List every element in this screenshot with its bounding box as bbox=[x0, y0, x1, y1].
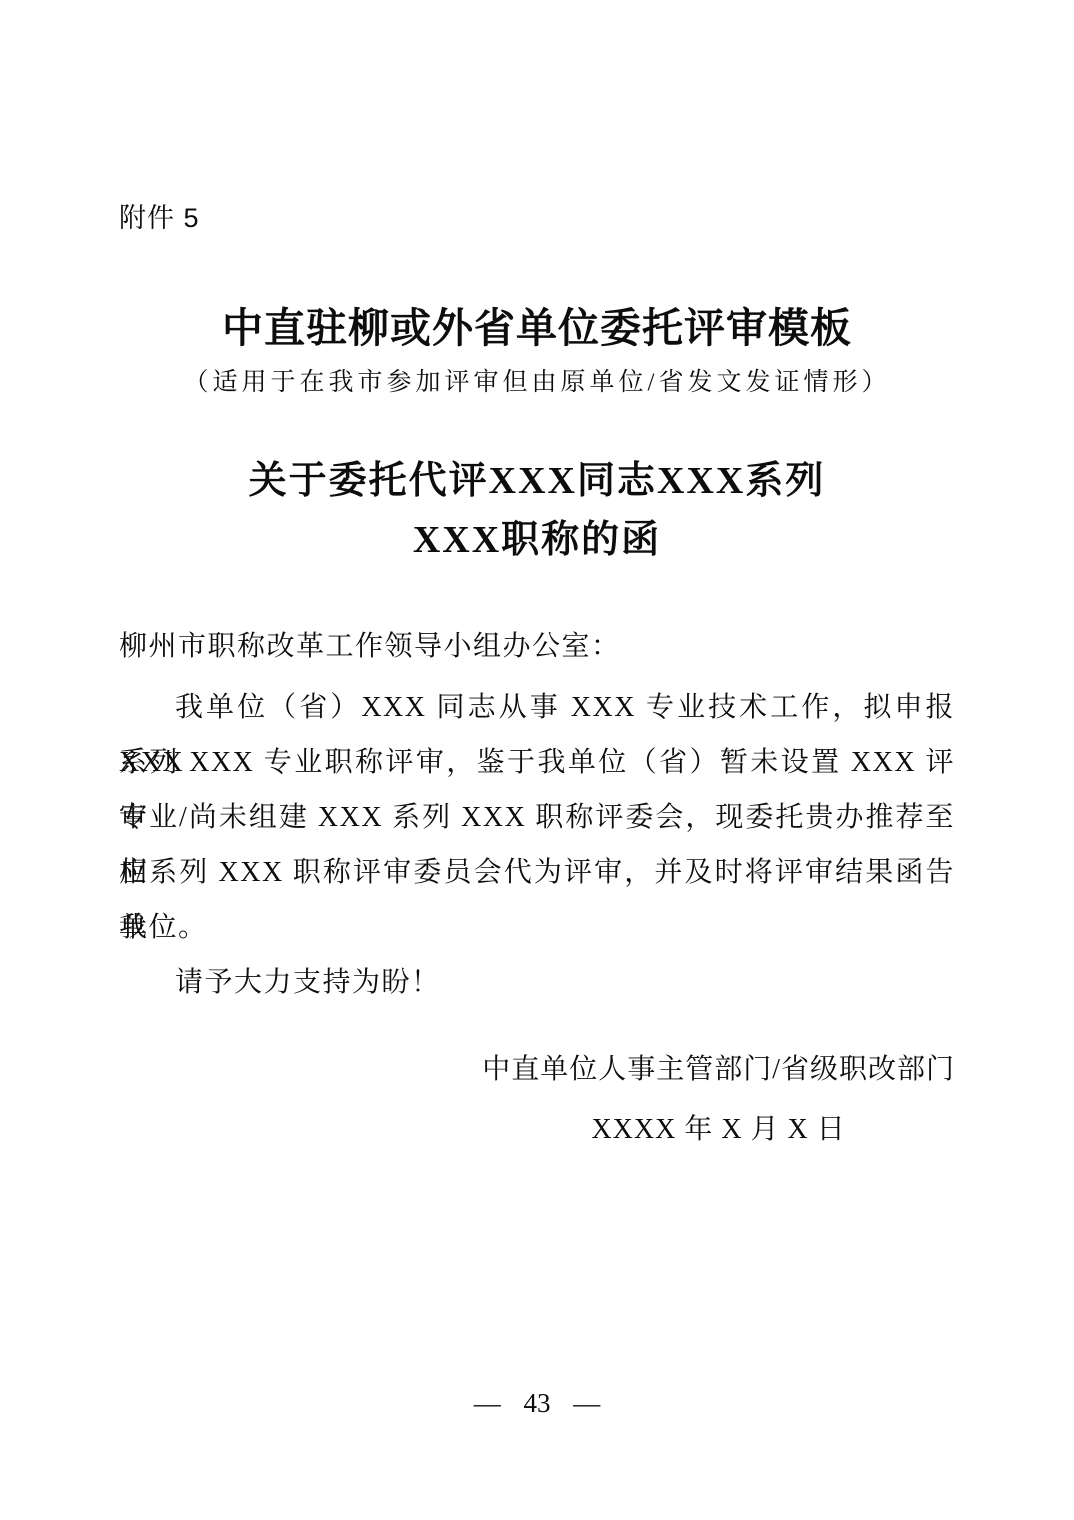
letter-title-line-1: 关于委托代评XXX同志XXX系列 bbox=[0, 452, 1074, 511]
date-line: XXXX 年 X 月 X 日 bbox=[482, 1112, 955, 1148]
attachment-label: 附件 5 bbox=[119, 196, 200, 235]
body-line: 专业/尚未组建 XXX 系列 XXX 职称评委会，现委托贵办推荐至相 bbox=[119, 790, 955, 845]
document-page: 附件 5 中直驻柳或外省单位委托评审模板 （适用于在我市参加评审但由原单位/省发… bbox=[0, 0, 1074, 1520]
body-line: 单位。 bbox=[119, 900, 955, 955]
letter-body: 我单位（省）XXX 同志从事 XXX 专业技术工作，拟申报 XXX 系列 XXX… bbox=[119, 680, 955, 1010]
body-line: 应系列 XXX 职称评审委员会代为评审，并及时将评审结果函告我 bbox=[119, 845, 955, 900]
salutation: 柳州市职称改革工作领导小组办公室： bbox=[119, 624, 621, 664]
body-line: 我单位（省）XXX 同志从事 XXX 专业技术工作，拟申报 XXX bbox=[119, 680, 955, 735]
signature-line: 中直单位人事主管部门/省级职改部门 bbox=[482, 1052, 955, 1088]
letter-title: 关于委托代评XXX同志XXX系列 XXX职称的函 bbox=[0, 452, 1074, 570]
letter-title-line-2: XXX职称的函 bbox=[0, 511, 1074, 570]
page-number: — 43 — bbox=[0, 1388, 1074, 1419]
template-subtitle: （适用于在我市参加评审但由原单位/省发文发证情形） bbox=[0, 362, 1074, 398]
closing-line: 请予大力支持为盼！ bbox=[119, 955, 955, 1010]
signature-block: 中直单位人事主管部门/省级职改部门 XXXX 年 X 月 X 日 bbox=[482, 1052, 955, 1148]
template-title: 中直驻柳或外省单位委托评审模板 bbox=[0, 295, 1074, 354]
body-line: 系列 XXX 专业职称评审，鉴于我单位（省）暂未设置 XXX 评审 bbox=[119, 735, 955, 790]
